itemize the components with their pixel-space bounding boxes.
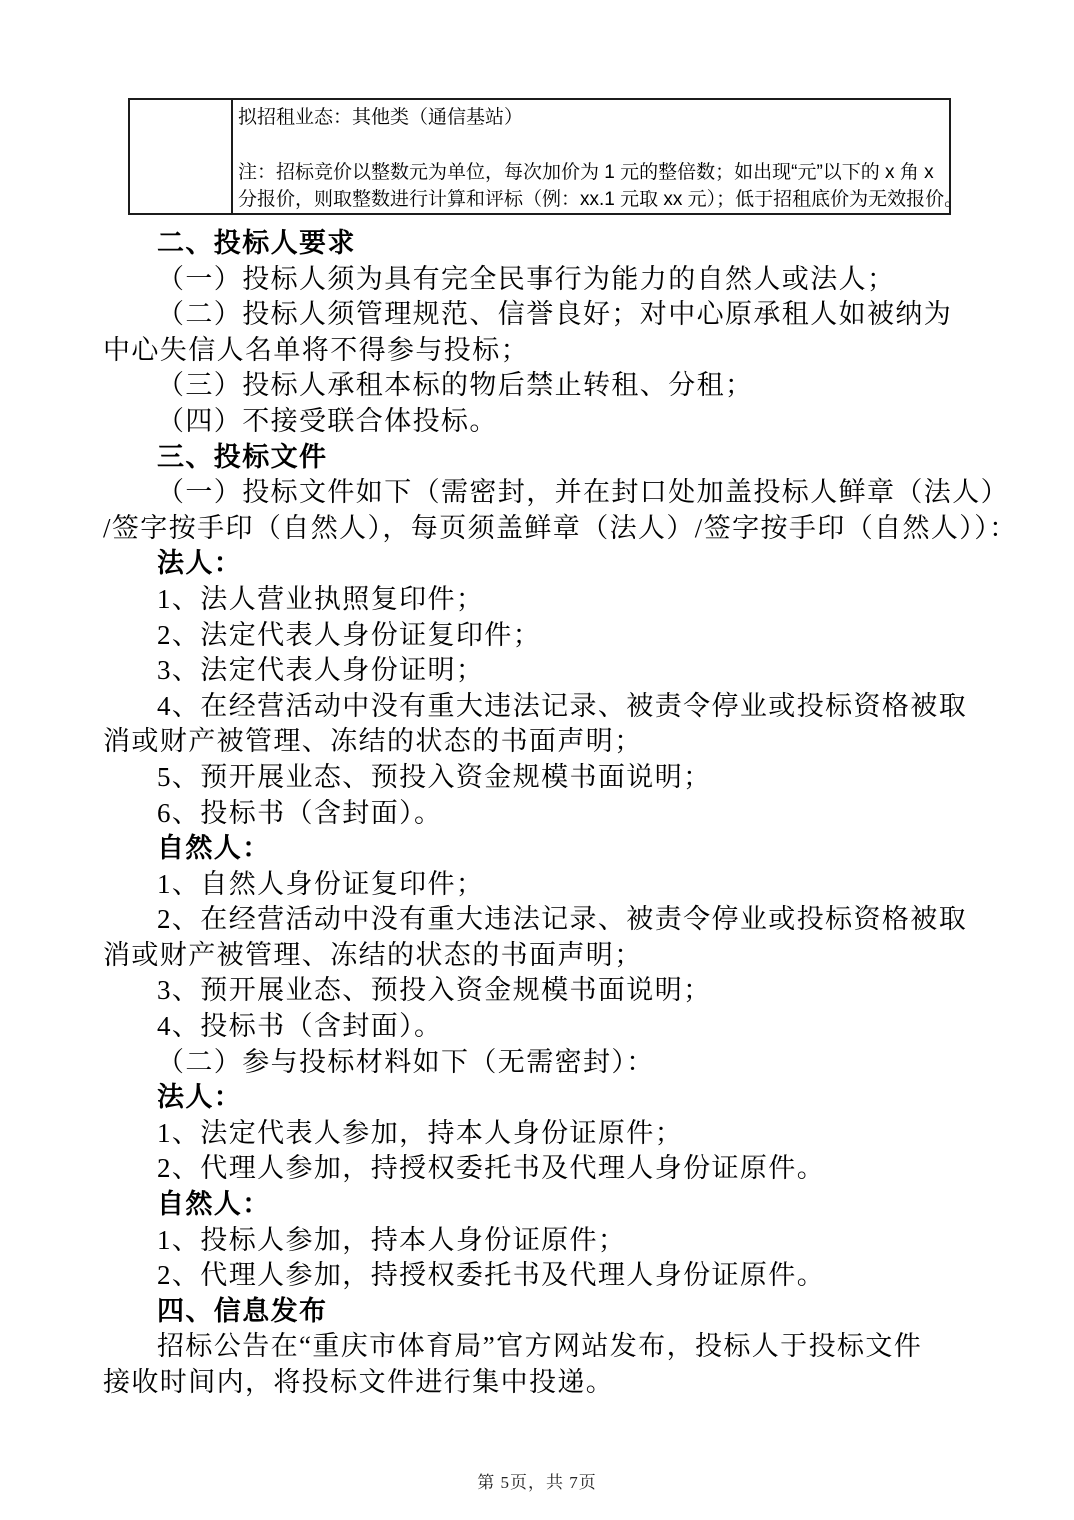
body-text-line: 3、法定代表人身份证明； [103, 653, 975, 689]
section-heading: 二、投标人要求 [103, 226, 975, 262]
table-note-line: 分报价，则取整数进行计算和评标（例：xx.1 元取 xx 元）；低于招租底价为无… [238, 186, 947, 213]
body-text-line: 6、投标书（含封面）。 [103, 796, 975, 832]
page-number-label: 第 5页，共 7页 [477, 1473, 597, 1492]
body-text-line: 1、投标人参加，持本人身份证原件； [103, 1223, 975, 1259]
body-text-line: 5、预开展业态、预投入资金规模书面说明； [103, 760, 975, 796]
body-text-line: 1、法定代表人参加，持本人身份证原件； [103, 1116, 975, 1152]
body-text-line: 招标公告在“重庆市体育局”官方网站发布，投标人于投标文件 [103, 1329, 975, 1365]
body-text-line: （二）投标人须管理规范、信誉良好；对中心原承租人如被纳为 [103, 297, 975, 333]
table-note-line: 注：招标竞价以整数元为单位，每次加价为 1 元的整倍数；如出现“元”以下的 x … [238, 159, 947, 186]
body-text-line: 2、代理人参加，持授权委托书及代理人身份证原件。 [103, 1258, 975, 1294]
body-text-line: 接收时间内，将投标文件进行集中投递。 [103, 1365, 975, 1401]
body-text-line: 消或财产被管理、冻结的状态的书面声明； [103, 724, 975, 760]
body-text-line: /签字按手印（自然人），每页须盖鲜章（法人）/签字按手印（自然人））： [103, 511, 975, 547]
body-text-line: 2、法定代表人身份证复印件； [103, 618, 975, 654]
body-text-line: 中心失信人名单将不得参与投标； [103, 333, 975, 369]
table-note: 注：招标竞价以整数元为单位，每次加价为 1 元的整倍数；如出现“元”以下的 x … [238, 159, 947, 213]
body-text-line: （二）参与投标材料如下（无需密封）： [103, 1045, 975, 1081]
subsection-heading: 法人： [103, 1080, 975, 1116]
body-text-line: （四）不接受联合体投标。 [103, 404, 975, 440]
business-info-table: 拟招租业态：其他类（通信基站） 注：招标竞价以整数元为单位，每次加价为 1 元的… [128, 98, 951, 215]
document-body: 二、投标人要求（一）投标人须为具有完全民事行为能力的自然人或法人；（二）投标人须… [103, 226, 975, 1401]
body-text-line: 消或财产被管理、冻结的状态的书面声明； [103, 938, 975, 974]
body-text-line: 3、预开展业态、预投入资金规模书面说明； [103, 973, 975, 1009]
body-text-line: （一）投标文件如下（需密封，并在封口处加盖投标人鲜章（法人） [103, 475, 975, 511]
section-heading: 三、投标文件 [103, 440, 975, 476]
body-text-line: 4、在经营活动中没有重大违法记录、被责令停业或投标资格被取 [103, 689, 975, 725]
section-heading: 四、信息发布 [103, 1294, 975, 1330]
table-row-label-cell [130, 100, 233, 213]
subsection-heading: 自然人： [103, 1187, 975, 1223]
business-type-text: 拟招租业态：其他类（通信基站） [238, 106, 947, 130]
page-footer: 第 5页，共 7页 [0, 1468, 1074, 1493]
document-page: 拟招租业态：其他类（通信基站） 注：招标竞价以整数元为单位，每次加价为 1 元的… [0, 0, 1074, 1520]
body-text-line: 2、代理人参加，持授权委托书及代理人身份证原件。 [103, 1151, 975, 1187]
body-text-line: （一）投标人须为具有完全民事行为能力的自然人或法人； [103, 262, 975, 298]
table-content-cell: 拟招租业态：其他类（通信基站） 注：招标竞价以整数元为单位，每次加价为 1 元的… [233, 100, 949, 213]
body-text-line: 2、在经营活动中没有重大违法记录、被责令停业或投标资格被取 [103, 902, 975, 938]
body-text-line: 1、自然人身份证复印件； [103, 867, 975, 903]
body-text-line: （三）投标人承租本标的物后禁止转租、分租； [103, 368, 975, 404]
body-text-line: 4、投标书（含封面）。 [103, 1009, 975, 1045]
body-text-line: 1、法人营业执照复印件； [103, 582, 975, 618]
subsection-heading: 自然人： [103, 831, 975, 867]
subsection-heading: 法人： [103, 546, 975, 582]
